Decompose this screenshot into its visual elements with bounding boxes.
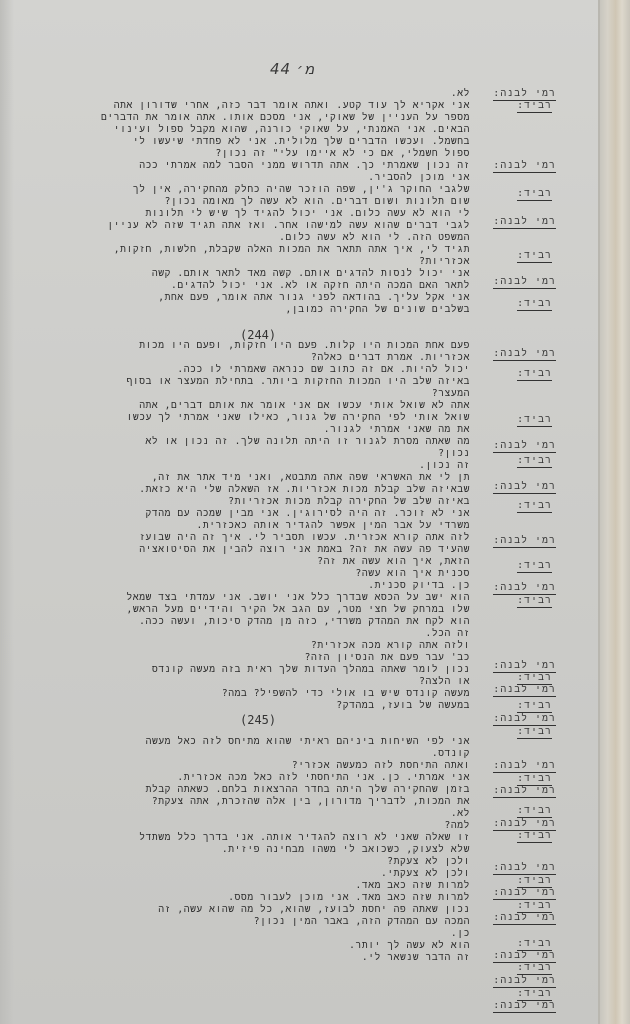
speaker-label-ravid: רביד: xyxy=(517,962,552,975)
speaker-label-ravid: רביד: xyxy=(517,414,552,427)
transcript-line: לי הוא לא עשה כלום. אני יכול להגיד לך שי… xyxy=(146,208,470,220)
transcript-line: ולכן לא צעקתי. xyxy=(381,868,470,880)
speaker-label-rami: רמי לבנה: xyxy=(493,582,556,595)
transcript-line: זה הדבר שנשאר לי. xyxy=(362,952,470,964)
paper-fold-edge xyxy=(598,0,630,1024)
transcript-line: אני אקל עליך. בהודאה לפני גנור אתה אומר,… xyxy=(158,292,470,304)
speaker-label-rami: רמי לבנה: xyxy=(493,535,556,548)
transcript-line: באיזה שלב של החקירה קבלת מכות אכזריות? xyxy=(228,496,470,508)
speaker-label-ravid: רביד: xyxy=(517,595,552,608)
transcript-line: אני אמרתי. כן. אני התיחסתי לזה כאל מכה א… xyxy=(177,772,470,784)
transcript-line: שהעיד פה עשה את זה? באמת אני רוצה להבין … xyxy=(139,544,470,556)
speaker-label-ravid: רביד: xyxy=(517,560,552,573)
paper-fold-line xyxy=(598,0,600,1024)
transcript-line: שלא לצעוק, כשכואב לי משהו מבחינה פיזית. xyxy=(222,844,470,856)
speaker-label-rami: רמי לבנה: xyxy=(493,216,556,229)
transcript-line: כן. בדיוק סכנית. xyxy=(368,580,470,592)
transcript-line: למרות שזה כאב מאד. xyxy=(355,880,470,892)
transcript-line: פעם אחת המכות היו קלות. פעם היו חזקות, ו… xyxy=(139,340,470,352)
transcript-line: זה נכון שאמרתי כך. אתה תדרוש ממני הסבר ל… xyxy=(139,160,470,172)
document-page: 44 מ׳ לא.אני אקריא לך עוד קטע. ואתה אומר… xyxy=(0,0,630,1024)
speaker-label-rami: רמי לבנה: xyxy=(493,912,556,925)
speaker-label-ravid: רביד: xyxy=(517,830,552,843)
transcript-line: את המכות, לדבריך מדורון, בין אלה שהזכרת,… xyxy=(152,796,470,808)
transcript-line: הוא לקח את המהדק משרדי, כזה מן מהדק סיכו… xyxy=(139,616,470,628)
transcript-line: כב' עבר פעם את הנסיון הזה? xyxy=(305,652,470,664)
transcript-line: מעשה קונדס שיש בו אולי כדי להשפיל? במה? xyxy=(222,688,470,700)
transcript-line: בשלבים שונים של החקירה כמובן, xyxy=(286,304,470,316)
transcript-line: נכון? xyxy=(438,448,470,460)
speaker-label-ravid: רביד: xyxy=(517,700,552,713)
transcript-line: משרדי על אבר המין אפשר להגדיר אותה כאכזר… xyxy=(196,520,470,532)
transcript-line: אתה לא שואל אותי עכשו אם אני אומר את אות… xyxy=(139,400,470,412)
speaker-label-ravid: רביד: xyxy=(517,100,552,113)
speaker-label-rami: רמי לבנה: xyxy=(493,160,556,173)
speaker-label-rami: רמי לבנה: xyxy=(493,862,556,875)
page-left-shadow xyxy=(0,0,14,1024)
transcript-line: אני אקריא לך עוד קטע. ואתה אומר דבר כזה,… xyxy=(114,100,470,112)
transcript-line: שלו במרחק של חצי מטר, עם הגב אל הקיר והי… xyxy=(126,604,470,616)
page-reference-marker: (245) xyxy=(240,713,276,727)
transcript-line: תגיד לי, איך אתה תתאר את המכות האלה שקבל… xyxy=(114,244,470,256)
speaker-label-rami: רמי לבנה: xyxy=(493,440,556,453)
speaker-label-ravid: רביד: xyxy=(517,726,552,739)
transcript-line: ולזה אתה קורא מכה אכזרית? xyxy=(311,640,470,652)
transcript-line: לגבי דברים שהוא עשה למישהו אחר. ואז אתה … xyxy=(107,220,470,232)
speaker-label-rami: רמי לבנה: xyxy=(493,760,556,773)
transcript-line: במעשה של בועז, במהדק? xyxy=(336,700,470,712)
speaker-label-ravid: רביד: xyxy=(517,455,552,468)
transcript-line: לא. xyxy=(451,808,470,820)
page-reference-marker: (244) xyxy=(240,328,276,342)
transcript-line: כן. xyxy=(451,928,470,940)
transcript-line: תן לי את האשראי שפה אתה מתבטא, ואני מיד … xyxy=(152,472,470,484)
speaker-label-rami: רמי לבנה: xyxy=(493,481,556,494)
speaker-label-rami: רמי לבנה: xyxy=(493,713,556,726)
transcript-line: סכנית איך הוא עשה? xyxy=(355,568,470,580)
transcript-line: שבאיזה שלב קבלת מכות אכזריות. אז השאלה ש… xyxy=(139,484,470,496)
transcript-line: אני מוכן להסביר. xyxy=(368,172,470,184)
transcript-line: ואתה התיחסת לזה כמעשה אכזרי? xyxy=(292,760,470,772)
speaker-label-ravid: רביד: xyxy=(517,250,552,263)
transcript-line: אכזריות? xyxy=(419,256,470,268)
transcript-line: לזה אתה קורא אכזרית. עכשו תסביר לי. איך … xyxy=(139,532,470,544)
transcript-line: באיזה שלב היו המכות החזקות ביותר. בתחילת… xyxy=(127,376,470,388)
speaker-label-ravid: רביד: xyxy=(517,368,552,381)
transcript-line: אני לא זוכר. זה היה לסירוגין. אני מבין ש… xyxy=(146,508,470,520)
speaker-label-rami: רמי לבנה: xyxy=(493,1000,556,1013)
speaker-label-ravid: רביד: xyxy=(517,298,552,311)
transcript-line: הוא ישב על הכסא שבדרך כלל אני יושב. אני … xyxy=(126,592,470,604)
transcript-line: קונדס. xyxy=(432,748,470,760)
transcript-line: זה הכל. xyxy=(425,628,470,640)
transcript-line: למה? xyxy=(445,820,470,832)
transcript-line: ולכן לא צעקת? xyxy=(387,856,470,868)
speaker-label-ravid: רביד: xyxy=(517,500,552,513)
transcript-line: נכון שאתה פה יחסת לבועז, שהוא, כל מה שהו… xyxy=(158,904,470,916)
transcript-line: זו שאלה שאני לא רוצה להגדיר אותה. אני בד… xyxy=(139,832,470,844)
speaker-label-rami: רמי לבנה: xyxy=(493,975,556,988)
transcript-line: הוא לא עשה לך יותר. xyxy=(349,940,470,952)
transcript-line: המשפט הזה. לי הוא לא עשה כלום. xyxy=(279,232,470,244)
transcript-line: המכה עם המהדק הזה, באבר המין נכון? xyxy=(254,916,470,928)
transcript-line: או הלצה? xyxy=(419,676,470,688)
transcript-line: את מה שאני אמרתי לגנור. xyxy=(324,424,470,436)
transcript-line: הבאים. אני האמנתי, על שאוקי כורנה, שהוא … xyxy=(114,124,470,136)
transcript-line: שום תלונות ושום דברים. הוא לא עשה לך מאו… xyxy=(165,196,470,208)
transcript-line: המעצר? xyxy=(432,388,470,400)
transcript-line: שואל אותי לפי החקירה של גנור, כאילו שאני… xyxy=(127,412,471,424)
speaker-label-rami: רמי לבנה: xyxy=(493,887,556,900)
speaker-label-rami: רמי לבנה: xyxy=(493,348,556,361)
speaker-label-rami: רמי לבנה: xyxy=(493,276,556,289)
transcript-line: ספול חשמלי, אם כי לא איימו עלי" זה נכון? xyxy=(216,148,471,160)
speaker-label-ravid: רביד: xyxy=(517,188,552,201)
page-number: 44 מ׳ xyxy=(270,60,330,78)
speaker-label-rami: רמי לבנה: xyxy=(493,785,556,798)
transcript-line: בזמן שהחקירה שלך היתה בחדר ההרצאות בלחם.… xyxy=(146,784,470,796)
transcript-line: מה שאתה מסרת לגנור זו היתה תלונה שלך. זה… xyxy=(146,436,470,448)
transcript-line: לתאר האם המכה היתה חזקה או לא. אני יכול … xyxy=(171,280,470,292)
transcript-line: אני לפי השיחות ביניהם ראיתי שהוא מתיחס ל… xyxy=(146,736,470,748)
transcript-line: מספר על העניין של שאוקי, אני מסכם אותו. … xyxy=(101,112,470,124)
transcript-line: לא. xyxy=(451,88,470,100)
transcript-line: נכון לומר שאתה במהלך העדות שלך ראית בזה … xyxy=(152,664,470,676)
transcript-line: הזאת, איך הוא עשה את זה? xyxy=(317,556,470,568)
transcript-line: אני יכול לנסות להדגים אותם. קשה מאד לתאר… xyxy=(152,268,470,280)
transcript-line: בחשמל. ועכשו הדברים שלך מלולית. אני לא פ… xyxy=(133,136,470,148)
transcript-line: יכול להיות. אם זה כתוב שם כנראה שאמרתי ל… xyxy=(177,364,470,376)
transcript-line: שלגבי החוקר ג'ין, שפה הוזכר שהיה כחלק מה… xyxy=(133,184,470,196)
speaker-label-ravid: רביד: xyxy=(517,805,552,818)
transcript-line: למרות שזה כאב מאד. אני מוכן לעבור מסס. xyxy=(228,892,470,904)
transcript-line: זה נכון. xyxy=(419,460,470,472)
speaker-label-rami: רמי לבנה: xyxy=(493,684,556,697)
transcript-line: אכזריות. אמרת דברים כאלה? xyxy=(311,352,470,364)
